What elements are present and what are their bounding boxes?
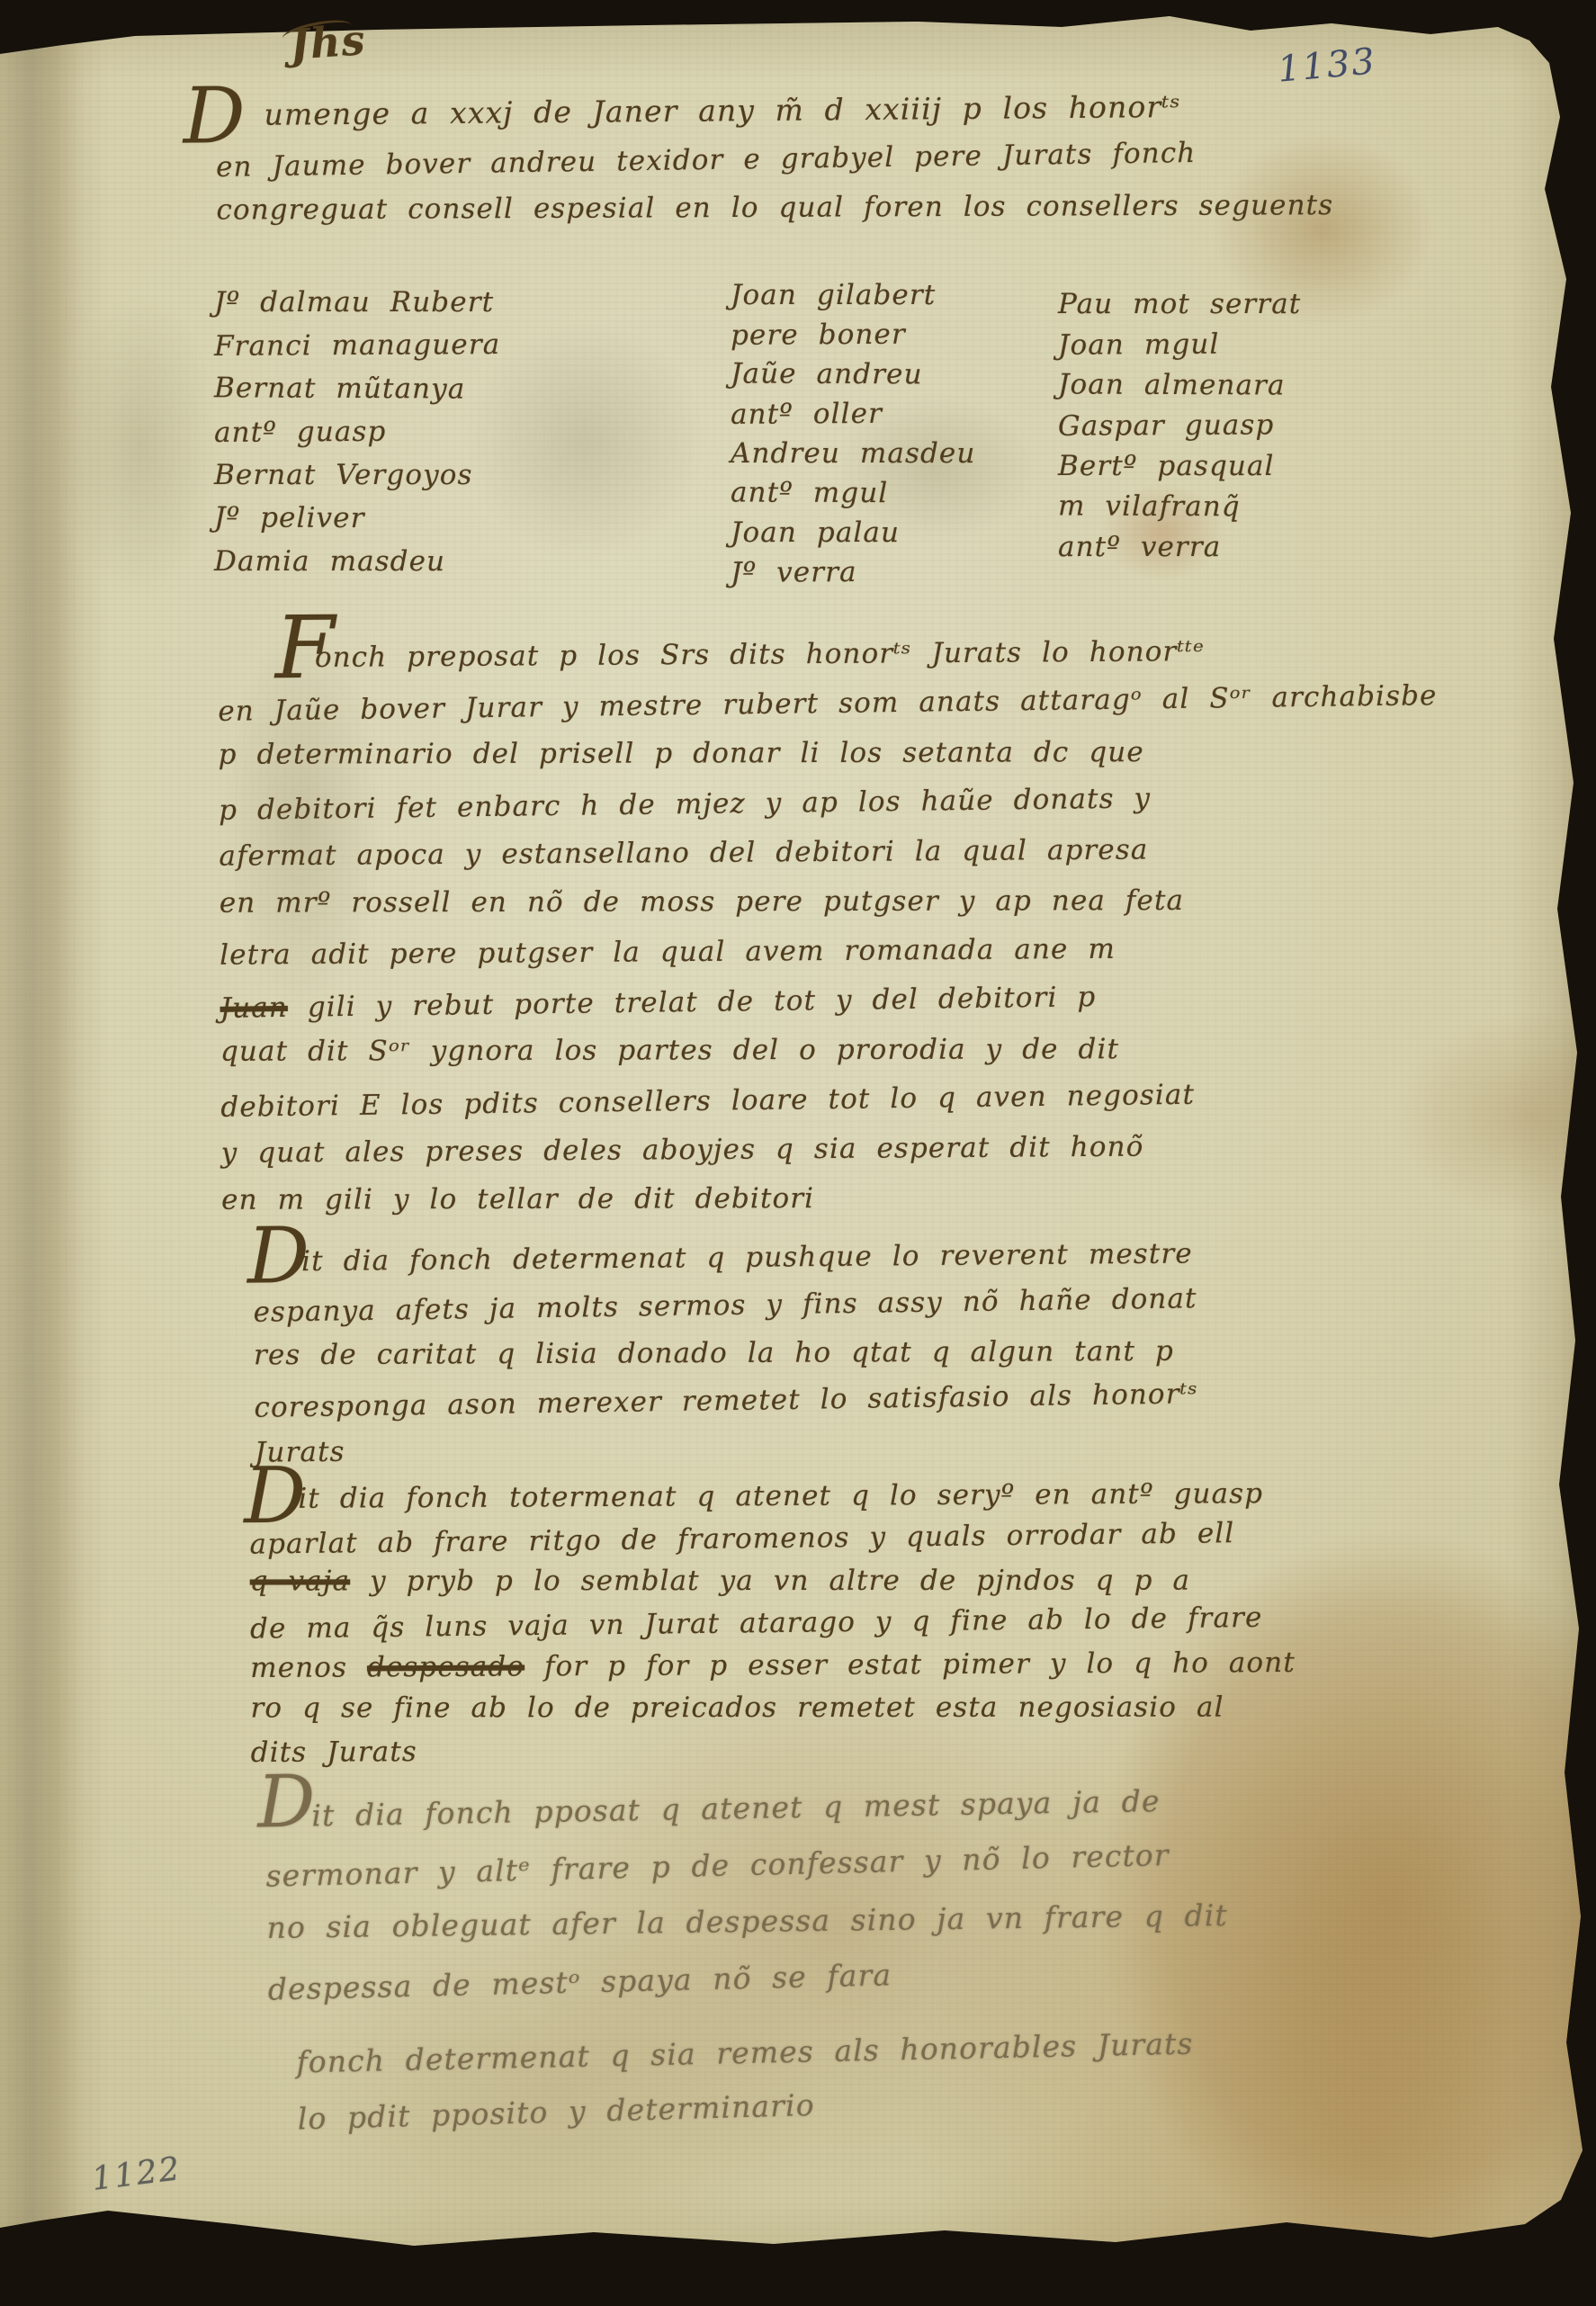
text-line: q vaja y pryb p lo semblat ya vn altre d… bbox=[250, 1559, 1296, 1602]
text-line: afermat apoca y estansellano del debitor… bbox=[219, 823, 1439, 881]
text-line: Jº peliver bbox=[214, 496, 501, 540]
text-segment: for p for p esser estat pimer y lo q ho … bbox=[525, 1647, 1296, 1682]
manuscript-photo: Jhs 1133 D umenge a xxxj de Janer any m̃… bbox=[0, 0, 1596, 2306]
text-line: Bernat Vergoyos bbox=[214, 453, 500, 497]
text-line: Gaspar guasp bbox=[1058, 405, 1302, 447]
text-line: dits Jurats bbox=[251, 1727, 1296, 1774]
paragraph-lines: it dia fonch pposat q atenet q mest spay… bbox=[265, 1772, 1229, 2015]
paragraph-determination-1: D it dia fonch determenat q pushque lo r… bbox=[253, 1230, 1199, 1476]
paragraph-proposal-2: D it dia fonch pposat q atenet q mest sp… bbox=[265, 1772, 1229, 2015]
councillor-column-1: Jº dalmau RubertFranci managueraBernat m… bbox=[214, 281, 500, 583]
text-line: Bernat mũtanya bbox=[214, 366, 501, 410]
text-segment: gili y rebut porte trelat de tot y del d… bbox=[288, 981, 1097, 1024]
text-line: Jaũe andreu bbox=[731, 354, 976, 394]
text-line: antº guasp bbox=[214, 409, 501, 454]
text-line: Joan mgul bbox=[1058, 324, 1302, 366]
text-line: antº verra bbox=[1058, 527, 1301, 568]
session-heading: D umenge a xxxj de Janer any m̃ d xxiiij… bbox=[183, 81, 1333, 237]
text-line: Joan palau bbox=[731, 513, 975, 552]
heading-lines: umenge a xxxj de Janer any m̃ d xxiiij p… bbox=[183, 81, 1333, 237]
text-line: Jº verra bbox=[731, 552, 976, 593]
text-line: Joan gilabert bbox=[731, 275, 975, 315]
councillor-column-2: Joan gilabertpere bonerJaũe andreuantº o… bbox=[731, 275, 975, 592]
text-line: Joan almenara bbox=[1058, 364, 1302, 406]
bleedthrough-smudge bbox=[468, 324, 702, 558]
text-line: Franci managuera bbox=[214, 323, 501, 368]
struck-text: despesado bbox=[367, 1650, 525, 1683]
text-segment: y pryb p lo semblat ya vn altre de pjndo… bbox=[350, 1565, 1190, 1598]
text-line: congreguat consell espesial en lo qual f… bbox=[216, 181, 1333, 234]
paragraph-lines: it dia fonch determenat q pushque lo rev… bbox=[253, 1230, 1199, 1476]
text-line: Jº dalmau Rubert bbox=[214, 281, 500, 324]
text-line: antº oller bbox=[731, 393, 976, 435]
text-line: Damia masdeu bbox=[214, 540, 500, 583]
text-line: Pau mot serrat bbox=[1058, 284, 1301, 325]
bleedthrough-smudge bbox=[63, 297, 216, 594]
initial-capital: D bbox=[183, 85, 247, 148]
councillor-column-3: Pau mot serratJoan mgulJoan almenaraGasp… bbox=[1058, 284, 1301, 568]
paragraph-determination-2: D it dia fonch totermenat q atenet q lo … bbox=[249, 1473, 1296, 1774]
ihs-monogram: Jhs bbox=[288, 15, 367, 69]
text-line: m vilafranq̃ bbox=[1058, 486, 1302, 527]
struck-text: Juan bbox=[220, 991, 288, 1025]
paragraph-lines: fonch determenat q sia remes als honorab… bbox=[296, 2017, 1195, 2144]
paragraph-lines: onch preposat p los Srs dits honorᵗˢ Jur… bbox=[218, 625, 1441, 1227]
text-line: pere boner bbox=[731, 314, 976, 355]
paragraph-lines: it dia fonch totermenat q atenet q lo se… bbox=[249, 1473, 1296, 1774]
text-line: menos despesado for p for p esser estat … bbox=[250, 1642, 1296, 1690]
text-segment: menos bbox=[250, 1651, 367, 1684]
text-line: ro q se fine ab lo de preicados remetet … bbox=[250, 1686, 1296, 1729]
text-line: en mrº rossell en nõ de moss pere putgse… bbox=[220, 875, 1439, 929]
text-line: Jurats bbox=[255, 1421, 1199, 1476]
text-line: aparlat ab frare ritgo de fraromenos y q… bbox=[249, 1512, 1295, 1566]
text-line: Bertº pasqual bbox=[1058, 446, 1301, 487]
text-line: Andreu masdeu bbox=[731, 434, 975, 473]
text-line: en m gili y lo tellar de dit debitori bbox=[221, 1172, 1440, 1225]
text-line: antº mgul bbox=[731, 472, 976, 513]
paragraph-proposal: F onch preposat p los Srs dits honorᵗˢ J… bbox=[218, 625, 1441, 1227]
struck-text: q vaja bbox=[250, 1565, 350, 1597]
paragraph-final-determination: fonch determenat q sia remes als honorab… bbox=[296, 2017, 1195, 2144]
text-line: y quat ales preses deles aboyjes q sia e… bbox=[221, 1120, 1441, 1178]
